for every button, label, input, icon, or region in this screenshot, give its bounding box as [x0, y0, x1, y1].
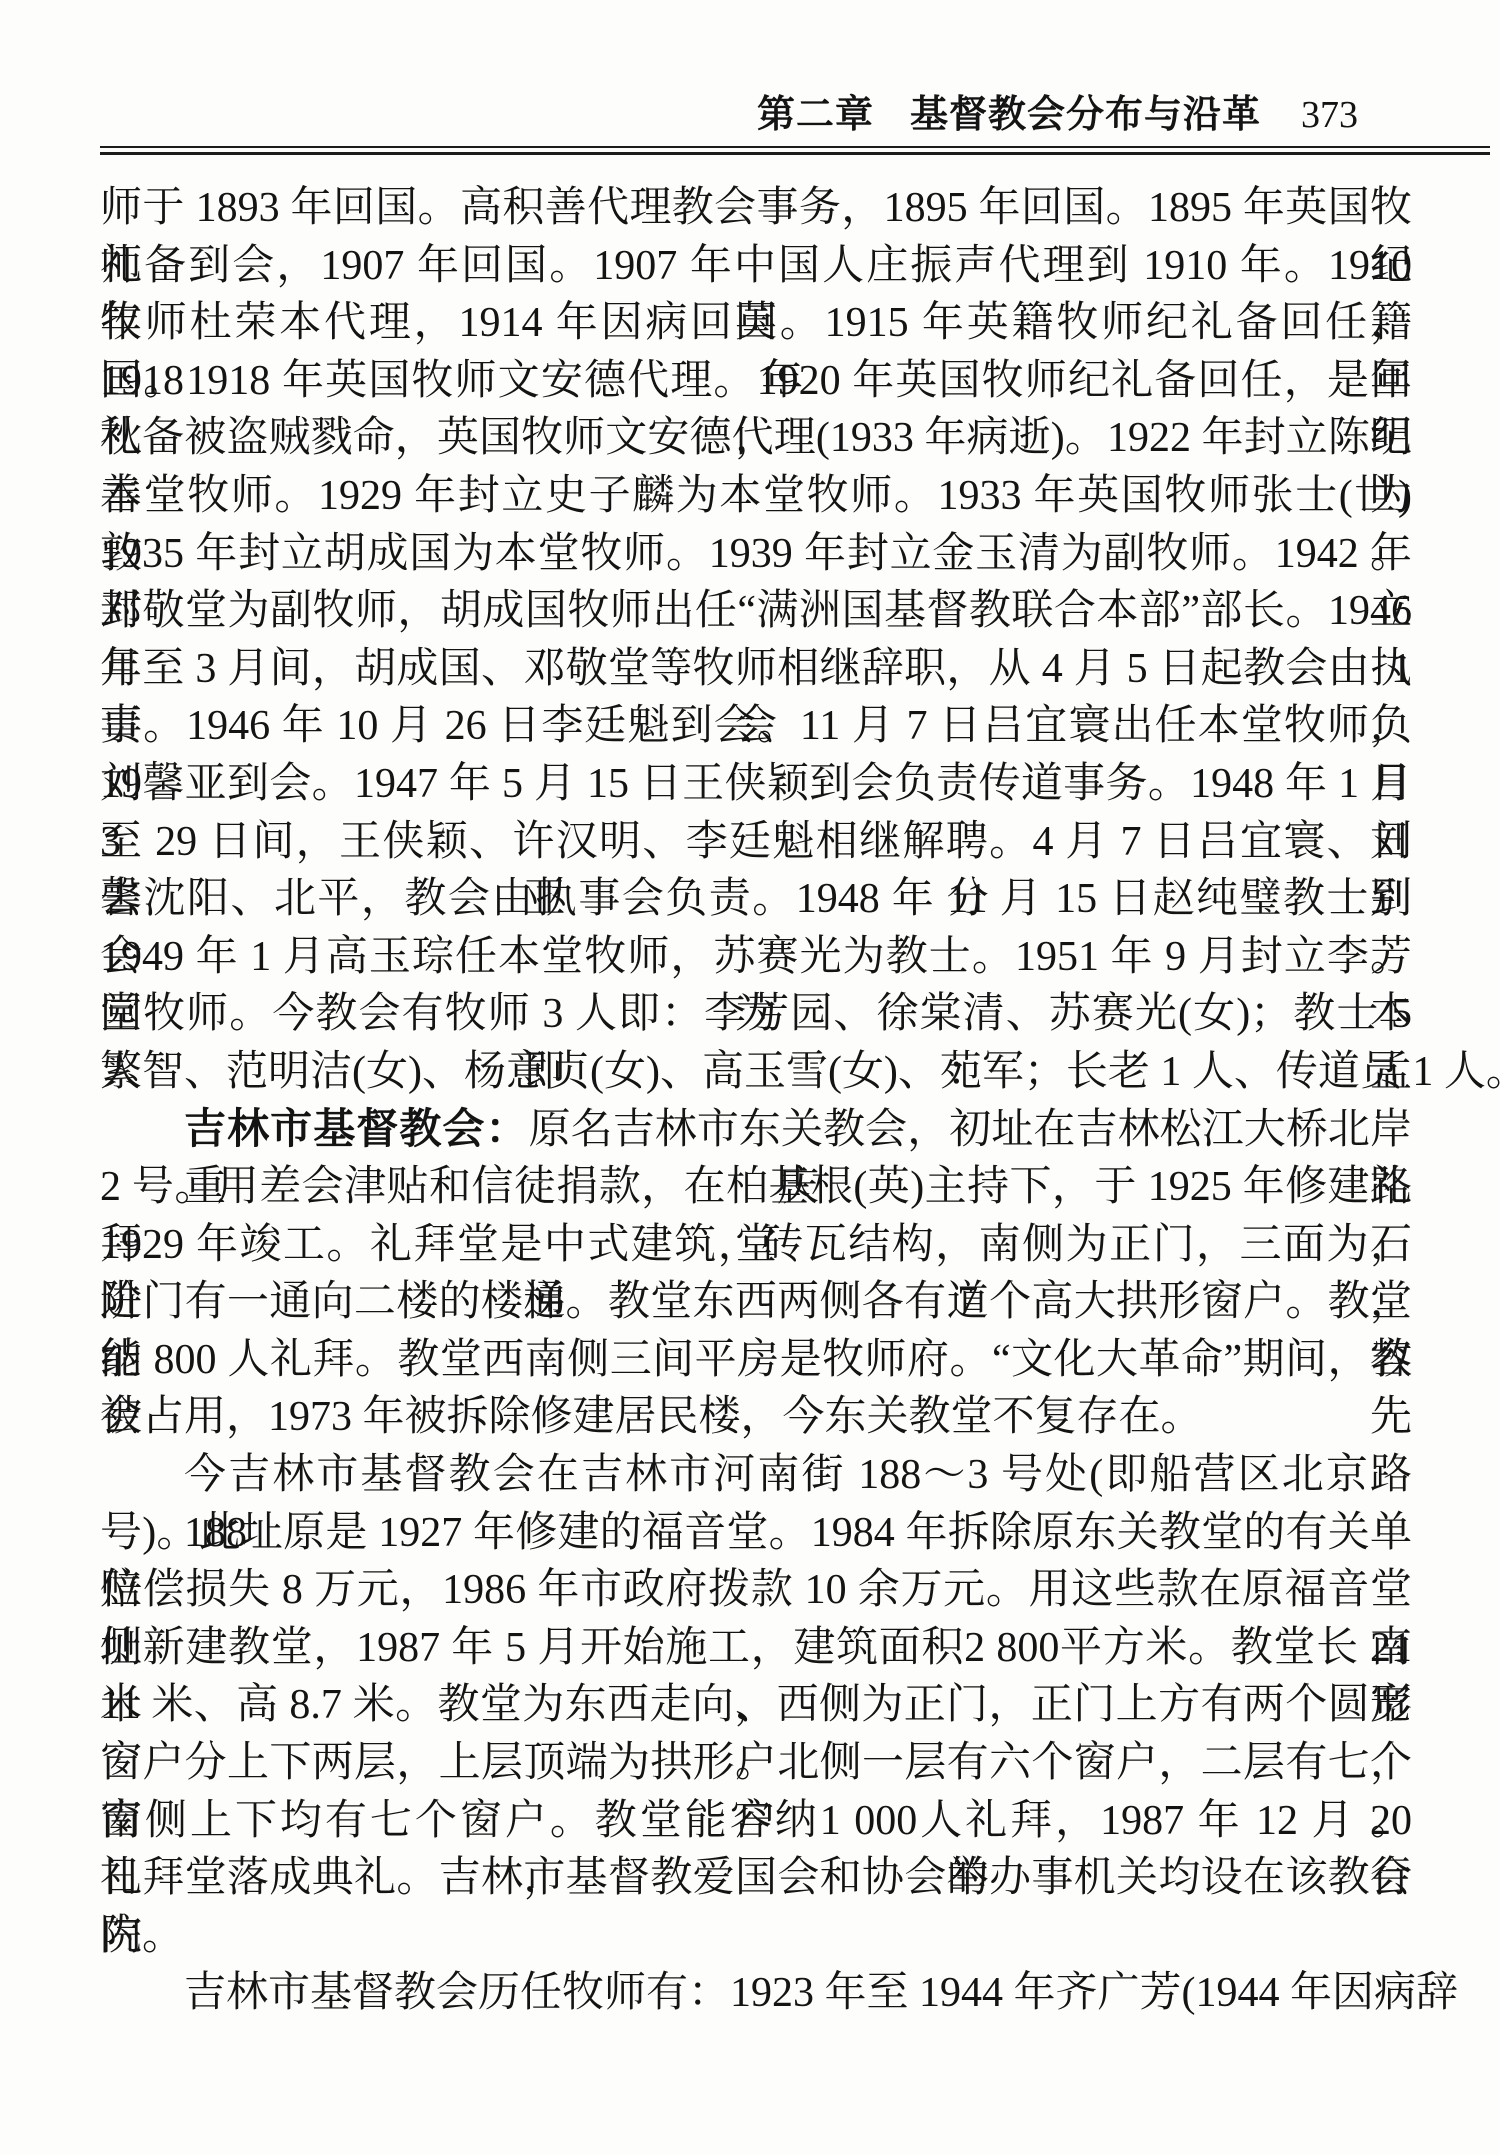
text-line: 去沈阳、北平，教会由执事会负责。1948 年 11 月 15 日赵纯璧教士到会。 — [100, 871, 1412, 929]
text-line: 国。1918 年英国牧师文安德代理。1920 年英国牧师纪礼备回任，是年秋，纪 — [100, 353, 1412, 411]
text-line: 窗户分上下两层，上层顶端为拱形。北侧一层有六个窗户，二层有七个窗户。 — [100, 1735, 1412, 1793]
book-page: 第二章基督教会分布与沿革373 师于 1893 年回国。高积善代理教会事务，18… — [0, 0, 1500, 2155]
text-line: 牧师杜荣本代理，1914 年因病回国。1915 年英籍牧师纪礼备回任，1918 … — [100, 295, 1412, 353]
text-line: 师于 1893 年回国。高积善代理教会事务，1895 年回国。1895 年英国牧… — [100, 180, 1412, 238]
text-line: 礼备到会，1907 年回国。1907 年中国人庄振声代理到 1910 年。191… — [100, 238, 1412, 296]
text-line: 纳 800 人礼拜。教堂西南侧三间平房是牧师府。“文化大革命”期间，教会先 — [100, 1332, 1412, 1390]
text-line: 吉林市基督教会：原名吉林市东关教会，初址在吉林松江大桥北岸重庆路 — [100, 1102, 1412, 1160]
text-line: 2 号。用差会津贴和信徒捐款，在柏基根(英)主持下，于 1925 年修建礼拜堂， — [100, 1159, 1412, 1217]
text-line: 内。 — [100, 1908, 1412, 1966]
text-line: 至 29 日间，王侠颖、许汉明、李廷魁相继解聘。4 月 7 日吕宜寰、刘馨亚分别 — [100, 814, 1412, 872]
chapter-title: 基督教会分布与沿革 — [910, 94, 1261, 136]
text-line: 吉林市基督教会历任牧师有：1923 年至 1944 年齐广芳(1944 年因病辞 — [100, 1965, 1412, 2023]
chapter-label: 第二章 — [757, 94, 874, 136]
header-rule — [100, 146, 1490, 155]
page-number: 373 — [1301, 94, 1358, 136]
text-line: 赔偿损失 8 万元，1986 年市政府拨款 10 余万元。用这些款在原福音堂址南 — [100, 1562, 1412, 1620]
text-line: 堂牧师。今教会有牧师 3 人即：李芳园、徐棠清、苏赛光(女)；教士 5 人即：孟 — [100, 986, 1412, 1044]
text-line: 号)。此址原是 1927 年修建的福音堂。1984 年拆除原东关教堂的有关单位 — [100, 1505, 1412, 1563]
entry-heading: 吉林市基督教会： — [184, 1107, 529, 1153]
text-line: 邓敬堂为副牧师，胡成国牧师出任“满洲国基督教联合本部”部长。1946 年 1 — [100, 583, 1412, 641]
text-line: 1935 年封立胡成国为本堂牧师。1939 年封立金玉清为副牧师。1942 年封… — [100, 526, 1412, 584]
text-line: 月至 3 月间，胡成国、邓敬堂等牧师相继辞职，从 4 月 5 日起教会由执事会负 — [100, 641, 1412, 699]
text-line: 责。1946 年 10 月 26 日李廷魁到会。11 月 7 日吕宜寰出任本堂牧… — [100, 698, 1412, 756]
text-line: 南侧上下均有七个窗户。教堂能容纳1 000人礼拜，1987 年 12 月 20 … — [100, 1793, 1412, 1851]
text-line: 进门有一通向二楼的楼梯。教堂东西两侧各有 7 个高大拱形窗户。教堂能容 — [100, 1274, 1412, 1332]
text-line: 本堂牧师。1929 年封立史子麟为本堂牧师。1933 年英国牧师张士(世)敦。 — [100, 468, 1412, 526]
text-line: 1949 年 1 月高玉琮任本堂牧师，苏赛光为教士。1951 年 9 月封立李芳… — [100, 929, 1412, 987]
text-line: 刘馨亚到会。1947 年 5 月 15 日王侠颖到会负责传道事务。1948 年 … — [100, 756, 1412, 814]
body-text: 师于 1893 年回国。高积善代理教会事务，1895 年回国。1895 年英国牧… — [100, 180, 1412, 2023]
text-line: 繁智、范明洁(女)、杨意贞(女)、高玉雪(女)、苑军；长老 1 人、传道员 1 … — [100, 1044, 1412, 1102]
text-line: 礼拜堂落成典礼。吉林市基督教爱国会和协会的办事机关均设在该教会院 — [100, 1850, 1412, 1908]
text-line: 今吉林市基督教会在吉林市河南街 188～3 号处(即船营区北京路 188 — [100, 1447, 1412, 1505]
running-header: 第二章基督教会分布与沿革373 — [757, 92, 1358, 138]
text-line: 1929 年竣工。礼拜堂是中式建筑，砖瓦结构，南侧为正门，三面为石阶通道， — [100, 1217, 1412, 1275]
text-line: 11 米、高 8.7 米。教堂为东西走向，西侧为正门，正门上方有两个圆形窗户， — [100, 1677, 1412, 1735]
text-line: 侧新建教堂，1987 年 5 月开始施工，建筑面积2 800平方米。教堂长 21… — [100, 1620, 1412, 1678]
text-line: 礼备被盗贼戮命，英国牧师文安德代理(1933 年病逝)。1922 年封立陈明善为 — [100, 410, 1412, 468]
